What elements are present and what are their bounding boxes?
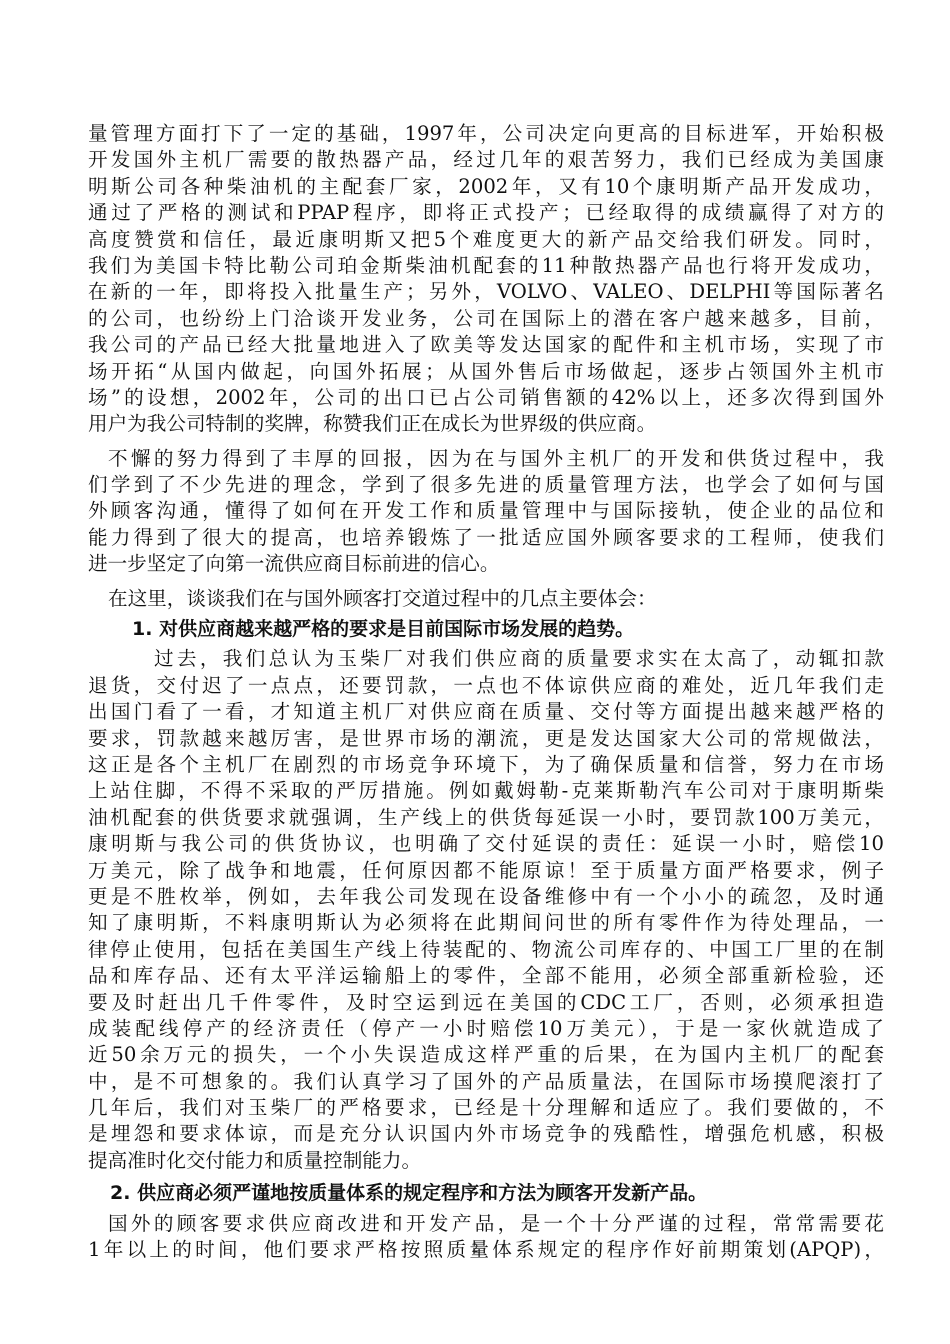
text-line: 知了康明斯，不料康明斯认为必须将在此期间问世的所有零件作为待处理品，一 (88, 910, 884, 936)
text-line: 能力得到了很大的提高，也培养锻炼了一批适应国外顾客要求的工程师，使我们 (88, 525, 884, 551)
text-line: 在这里，谈谈我们在与国外顾客打交道过程中的几点主要体会： (88, 586, 884, 612)
text-line: 油机配套的供货要求就强调，生产线上的供货每延误一小时，要罚款100万美元， (88, 805, 884, 831)
text-line: 开发国外主机厂需要的散热器产品，经过几年的艰苦努力，我们已经成为美国康 (88, 147, 884, 173)
paragraph-3: 在这里，谈谈我们在与国外顾客打交道过程中的几点主要体会： (88, 586, 884, 612)
section-heading-2: 2. 供应商必须严谨地按质量体系的规定程序和方法为顾客开发新产品。 (88, 1180, 884, 1206)
text-line: 外顾客沟通，懂得了如何在开发工作和质量管理中与国际接轨，使企业的品位和 (88, 498, 884, 524)
text-line: 场开拓“从国内做起，向国外拓展；从国外售后市场做起，逐步占领国外主机市 (88, 359, 884, 385)
text-line: 要求，罚款越来越厉害，是世界市场的潮流，更是发达国家大公司的常规做法， (88, 726, 884, 752)
text-line: 通过了严格的测试和PPAP程序，即将正式投产；已经取得的成绩赢得了对方的 (88, 200, 884, 226)
text-line: 品和库存品、还有太平洋运输船上的零件，全部不能用，必须全部重新检验，还 (88, 963, 884, 989)
text-line: 用户为我公司特制的奖牌，称赞我们正在成长为世界级的供应商。 (88, 411, 884, 437)
text-line: 更是不胜枚举，例如，去年我公司发现在设备维修中有一个小小的疏忽，及时通 (88, 884, 884, 910)
text-line: 过去，我们总认为玉柴厂对我们供应商的质量要求实在太高了，动辄扣款 (88, 646, 884, 672)
text-line: 国外的顾客要求供应商改进和开发产品，是一个十分严谨的过程，常常需要花 (88, 1211, 884, 1237)
heading-number: 1. (132, 618, 152, 640)
text-line: 是埋怨和要求体谅，而是充分认识国内外市场竞争的残酷性，增强危机感，积极 (88, 1121, 884, 1147)
section-heading-1: 1. 对供应商越来越严格的要求是目前国际市场发展的趋势。 (88, 616, 884, 642)
paragraph-4: 过去，我们总认为玉柴厂对我们供应商的质量要求实在太高了，动辄扣款 退货，交付迟了… (88, 646, 884, 1174)
text-line: 近50余万元的损失，一个小失误造成这样严重的后果，在为国内主机厂的配套 (88, 1042, 884, 1068)
heading-text: 供应商必须严谨地按质量体系的规定程序和方法为顾客开发新产品。 (137, 1182, 707, 1204)
text-line: 高度赞赏和信任，最近康明斯又把5个难度更大的新产品交给我们研发。同时， (88, 227, 884, 253)
text-line: 场”的设想，2002年，公司的出口已占公司销售额的42%以上，还多次得到国外 (88, 385, 884, 411)
text-line: 们学到了不少先进的理念，学到了很多先进的质量管理方法，也学会了如何与国 (88, 472, 884, 498)
document-page: 量管理方面打下了一定的基础，1997年，公司决定向更高的目标进军，开始积极 开发… (88, 121, 884, 1263)
text-line: 不懈的努力得到了丰厚的回报，因为在与国外主机厂的开发和供货过程中，我 (88, 446, 884, 472)
text-line: 出国门看了一看，才知道主机厂对供应商在质量、交付等方面提出越来越严格的 (88, 699, 884, 725)
heading-number: 2. (110, 1182, 130, 1204)
page-number: 2 (0, 1240, 950, 1256)
text-line: 的公司，也纷纷上门洽谈开发业务，公司在国际上的潜在客户越来越多，目前， (88, 306, 884, 332)
text-line: 这正是各个主机厂在剧烈的市场竞争环境下，为了确保质量和信誉，努力在市场 (88, 752, 884, 778)
text-line: 万美元，除了战争和地震，任何原因都不能原谅！至于质量方面严格要求，例子 (88, 858, 884, 884)
text-line: 量管理方面打下了一定的基础，1997年，公司决定向更高的目标进军，开始积极 (88, 121, 884, 147)
text-line: 进一步坚定了向第一流供应商目标前进的信心。 (88, 551, 884, 577)
text-line: 康明斯与我公司的供货协议，也明确了交付延误的责任：延误一小时，赔偿10 (88, 831, 884, 857)
text-line: 成装配线停产的经济责任（停产一小时赔偿10万美元），于是一家伙就造成了 (88, 1016, 884, 1042)
text-line: 提高准时化交付能力和质量控制能力。 (88, 1148, 884, 1174)
text-line: 我们为美国卡特比勒公司珀金斯柴油机配套的11种散热器产品也行将开发成功， (88, 253, 884, 279)
text-line: 我公司的产品已经大批量地进入了欧美等发达国家的配件和主机市场，实现了市 (88, 332, 884, 358)
paragraph-2: 不懈的努力得到了丰厚的回报，因为在与国外主机厂的开发和供货过程中，我 们学到了不… (88, 446, 884, 578)
text-line: 几年后，我们对玉柴厂的严格要求，已经是十分理解和适应了。我们要做的，不 (88, 1095, 884, 1121)
text-line: 律停止使用，包括在美国生产线上待装配的、物流公司库存的、中国工厂里的在制 (88, 937, 884, 963)
text-line: 上站住脚，不得不采取的严厉措施。例如戴姆勒-克莱斯勒汽车公司对于康明斯柴 (88, 778, 884, 804)
text-line: 退货，交付迟了一点点，还要罚款，一点也不体谅供应商的难处，近几年我们走 (88, 673, 884, 699)
heading-text: 对供应商越来越严格的要求是目前国际市场发展的趋势。 (159, 618, 634, 640)
text-line: 中，是不可想象的。我们认真学习了国外的产品质量法，在国际市场摸爬滚打了 (88, 1069, 884, 1095)
text-line: 在新的一年，即将投入批量生产；另外，VOLVO、VALEO、DELPHI等国际著… (88, 279, 884, 305)
text-line: 要及时赶出几千件零件，及时空运到远在美国的CDC工厂，否则，必须承担造 (88, 990, 884, 1016)
paragraph-1: 量管理方面打下了一定的基础，1997年，公司决定向更高的目标进军，开始积极 开发… (88, 121, 884, 438)
text-line: 明斯公司各种柴油机的主配套厂家，2002年，又有10个康明斯产品开发成功， (88, 174, 884, 200)
